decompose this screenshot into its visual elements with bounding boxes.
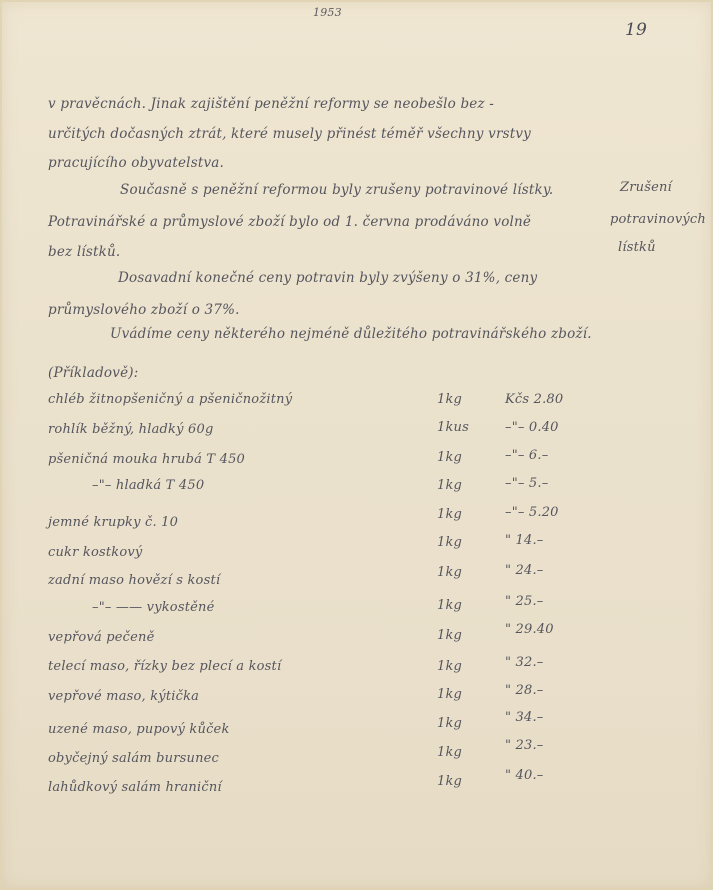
item-price: –"– 6.– xyxy=(505,448,548,463)
item-name: –"– —— vykostěné xyxy=(92,600,215,615)
page-number: 19 xyxy=(625,20,647,40)
item-name: –"– hladká T 450 xyxy=(92,478,204,493)
item-unit: 1kus xyxy=(437,420,469,435)
item-unit: 1kg xyxy=(437,716,462,731)
item-name: vepřové maso, kýtička xyxy=(48,689,199,704)
item-price: –"– 5.– xyxy=(505,476,548,491)
item-price: " 32.– xyxy=(505,655,544,670)
margin-note-line-1: Zrušení xyxy=(620,180,672,195)
item-price: " 28.– xyxy=(505,683,544,698)
item-unit: 1kg xyxy=(437,507,462,522)
item-unit: 1kg xyxy=(437,565,462,580)
paragraph-1-line-1: v pravěcnách. Jinak zajištění peněžní re… xyxy=(48,96,494,112)
item-name: jemné krupky č. 10 xyxy=(48,515,178,530)
item-unit: 1kg xyxy=(437,628,462,643)
item-price: " 24.– xyxy=(505,563,544,578)
item-name: uzené maso, pupový kůček xyxy=(48,722,230,737)
paragraph-1-line-2: určitých dočasných ztrát, které musely p… xyxy=(48,126,531,142)
item-price: " 34.– xyxy=(505,710,544,725)
paragraph-3-line-2: průmyslového zboží o 37%. xyxy=(48,302,240,318)
page-year: 1953 xyxy=(313,6,342,19)
item-name: lahůdkový salám hraniční xyxy=(48,780,222,795)
item-unit: 1kg xyxy=(437,478,462,493)
item-unit: 1kg xyxy=(437,598,462,613)
document-page: 1953 19 v pravěcnách. Jinak zajištění pe… xyxy=(0,0,713,890)
item-name: zadní maso hovězí s kostí xyxy=(48,573,220,588)
item-price: " 29.40 xyxy=(505,622,554,637)
item-name: pšeničná mouka hrubá T 450 xyxy=(48,452,245,467)
paragraph-4-line-1: Uvádíme ceny některého nejméně důležitéh… xyxy=(110,326,592,342)
margin-note-line-3: lístků xyxy=(618,240,656,255)
item-name: chléb žitnopšeničný a pšeničnožitný xyxy=(48,392,292,407)
margin-note-line-2: potravinových xyxy=(610,212,706,227)
paragraph-2-line-2: Potravinářské a průmyslové zboží bylo od… xyxy=(48,214,531,230)
item-name: obyčejný salám bursunec xyxy=(48,751,219,766)
item-name: vepřová pečeně xyxy=(48,630,154,645)
item-unit: 1kg xyxy=(437,659,462,674)
paragraph-3-line-1: Dosavadní konečné ceny potravin byly zvý… xyxy=(118,270,537,286)
item-name: telecí maso, řízky bez plecí a kostí xyxy=(48,659,281,674)
item-unit: 1kg xyxy=(437,774,462,789)
item-price: –"– 0.40 xyxy=(505,420,559,435)
item-unit: 1kg xyxy=(437,745,462,760)
item-unit: 1kg xyxy=(437,535,462,550)
item-name: rohlík běžný, hladký 60g xyxy=(48,422,213,437)
item-price: " 14.– xyxy=(505,533,544,548)
item-unit: 1kg xyxy=(437,450,462,465)
item-price: " 23.– xyxy=(505,738,544,753)
item-price: " 40.– xyxy=(505,768,544,783)
item-unit: 1kg xyxy=(437,687,462,702)
item-price: –"– 5.20 xyxy=(505,505,559,520)
item-unit: 1kg xyxy=(437,392,462,407)
price-list-heading: (Příkladově): xyxy=(48,365,138,381)
paragraph-2-line-3: bez lístků. xyxy=(48,244,120,260)
item-price: Kčs 2.80 xyxy=(505,392,563,407)
item-name: cukr kostkový xyxy=(48,545,142,560)
paragraph-1-line-3: pracujícího obyvatelstva. xyxy=(48,155,224,171)
item-price: " 25.– xyxy=(505,594,544,609)
paragraph-2-line-1: Současně s peněžní reformou byly zrušeny… xyxy=(120,182,553,198)
